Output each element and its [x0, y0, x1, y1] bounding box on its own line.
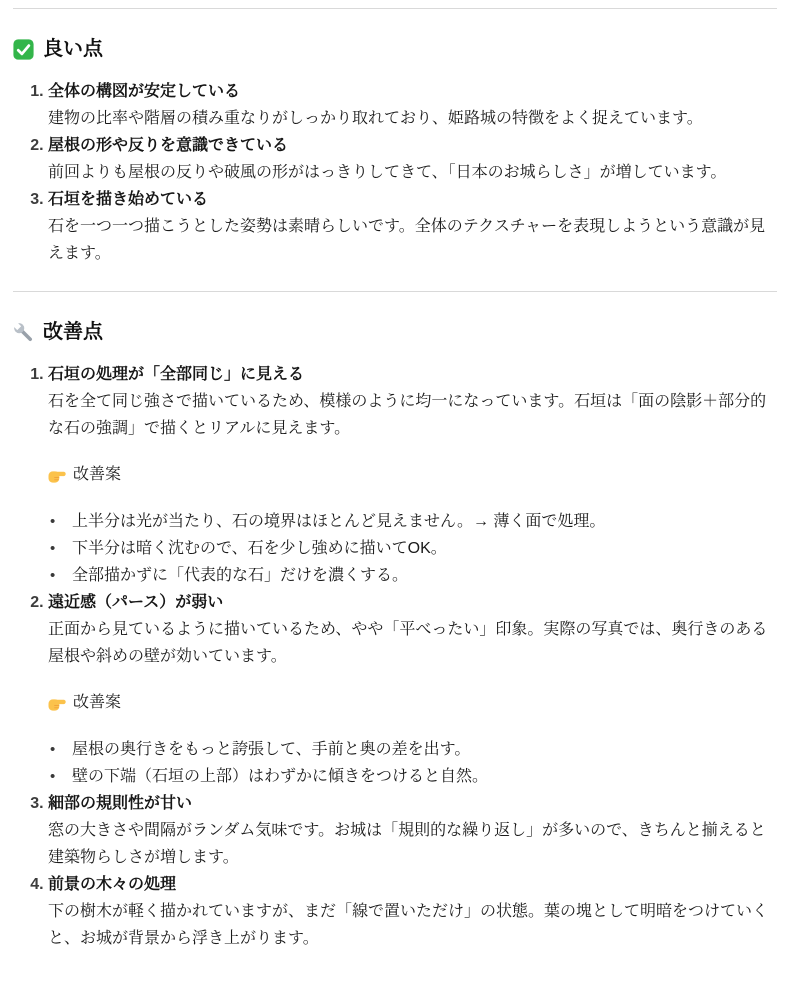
suggestion-item: 壁の下端（石垣の上部）はわずかに傾きをつけると自然。: [50, 763, 777, 790]
item-body: 石を一つ一つ描こうとした姿勢は素晴らしいです。全体のテクスチャーを表現しようとい…: [48, 213, 777, 267]
item-body: 前回よりも屋根の反りや破風の形がはっきりしてきて、「日本のお城らしさ」が増してい…: [48, 159, 777, 186]
list-item: 遠近感（パース）が弱い 正面から見ているように描いているため、やや「平べったい」…: [48, 589, 777, 790]
point-right-emoji: [48, 696, 66, 711]
list-item: 全体の構図が安定している 建物の比率や階層の積み重なりがしっかり取れており、姫路…: [48, 78, 777, 132]
good-points-heading: 良い点: [13, 37, 777, 62]
list-item: 石垣を描き始めている 石を一つ一つ描こうとした姿勢は素晴らしいです。全体のテクス…: [48, 186, 777, 267]
improvements-title: 改善点: [43, 320, 103, 345]
list-item: 石垣の処理が「全部同じ」に見える 石を全て同じ強さで描いているため、模様のように…: [48, 361, 777, 589]
item-body: 下の樹木が軽く描かれていますが、まだ「線で置いただけ」の状態。葉の塊として明暗を…: [48, 898, 777, 952]
suggestion-label: 改善案: [48, 461, 777, 488]
item-title: 屋根の形や反りを意識できている: [48, 137, 288, 154]
section-good-points: 良い点 全体の構図が安定している 建物の比率や階層の積み重なりがしっかり取れてお…: [13, 37, 777, 267]
item-title: 遠近感（パース）が弱い: [48, 594, 223, 611]
suggestion-list: 上半分は光が当たり、石の境界はほとんど見えません。→ 薄く面で処理。 下半分は暗…: [48, 508, 777, 589]
section-improvements: 改善点 石垣の処理が「全部同じ」に見える 石を全て同じ強さで描いているため、模様…: [13, 320, 777, 952]
item-body: 石を全て同じ強さで描いているため、模様のように均一になっています。石垣は「面の陰…: [48, 388, 777, 442]
suggestion-label-text: 改善案: [73, 461, 121, 488]
list-item: 前景の木々の処理 下の樹木が軽く描かれていますが、まだ「線で置いただけ」の状態。…: [48, 871, 777, 952]
list-item: 屋根の形や反りを意識できている 前回よりも屋根の反りや破風の形がはっきりしてきて…: [48, 132, 777, 186]
item-body: 建物の比率や階層の積み重なりがしっかり取れており、姫路城の特徴をよく捉えています…: [48, 105, 777, 132]
item-body: 正面から見ているように描いているため、やや「平べったい」印象。実際の写真では、奥…: [48, 616, 777, 670]
check-mark-emoji: [13, 39, 34, 60]
improvements-heading: 改善点: [13, 320, 777, 345]
suggestion-label-text: 改善案: [73, 689, 121, 716]
suggestion-label: 改善案: [48, 689, 777, 716]
item-title: 石垣を描き始めている: [48, 191, 208, 208]
wrench-emoji: [13, 322, 34, 343]
point-right-emoji: [48, 468, 66, 483]
section-divider: [13, 8, 777, 9]
suggestion-item: 上半分は光が当たり、石の境界はほとんど見えません。→ 薄く面で処理。: [50, 508, 777, 535]
suggestion-item: 全部描かずに「代表的な石」だけを濃くする。: [50, 562, 777, 589]
item-body: 窓の大きさや間隔がランダム気味です。お城は「規則的な繰り返し」が多いので、きちん…: [48, 817, 777, 871]
suggestion-item: 下半分は暗く沈むので、石を少し強めに描いてOK。: [50, 535, 777, 562]
good-points-list: 全体の構図が安定している 建物の比率や階層の積み重なりがしっかり取れており、姫路…: [13, 78, 777, 267]
improvements-list: 石垣の処理が「全部同じ」に見える 石を全て同じ強さで描いているため、模様のように…: [13, 361, 777, 952]
section-divider: [13, 291, 777, 292]
list-item: 細部の規則性が甘い 窓の大きさや間隔がランダム気味です。お城は「規則的な繰り返し…: [48, 790, 777, 871]
item-title: 細部の規則性が甘い: [48, 795, 192, 812]
item-title: 石垣の処理が「全部同じ」に見える: [48, 366, 304, 383]
suggestion-item: 屋根の奥行きをもっと誇張して、手前と奥の差を出す。: [50, 736, 777, 763]
good-points-title: 良い点: [43, 37, 103, 62]
feedback-document: 良い点 全体の構図が安定している 建物の比率や階層の積み重なりがしっかり取れてお…: [0, 0, 800, 990]
suggestion-list: 屋根の奥行きをもっと誇張して、手前と奥の差を出す。 壁の下端（石垣の上部）はわず…: [48, 736, 777, 790]
item-title: 前景の木々の処理: [48, 876, 176, 893]
item-title: 全体の構図が安定している: [48, 83, 240, 100]
